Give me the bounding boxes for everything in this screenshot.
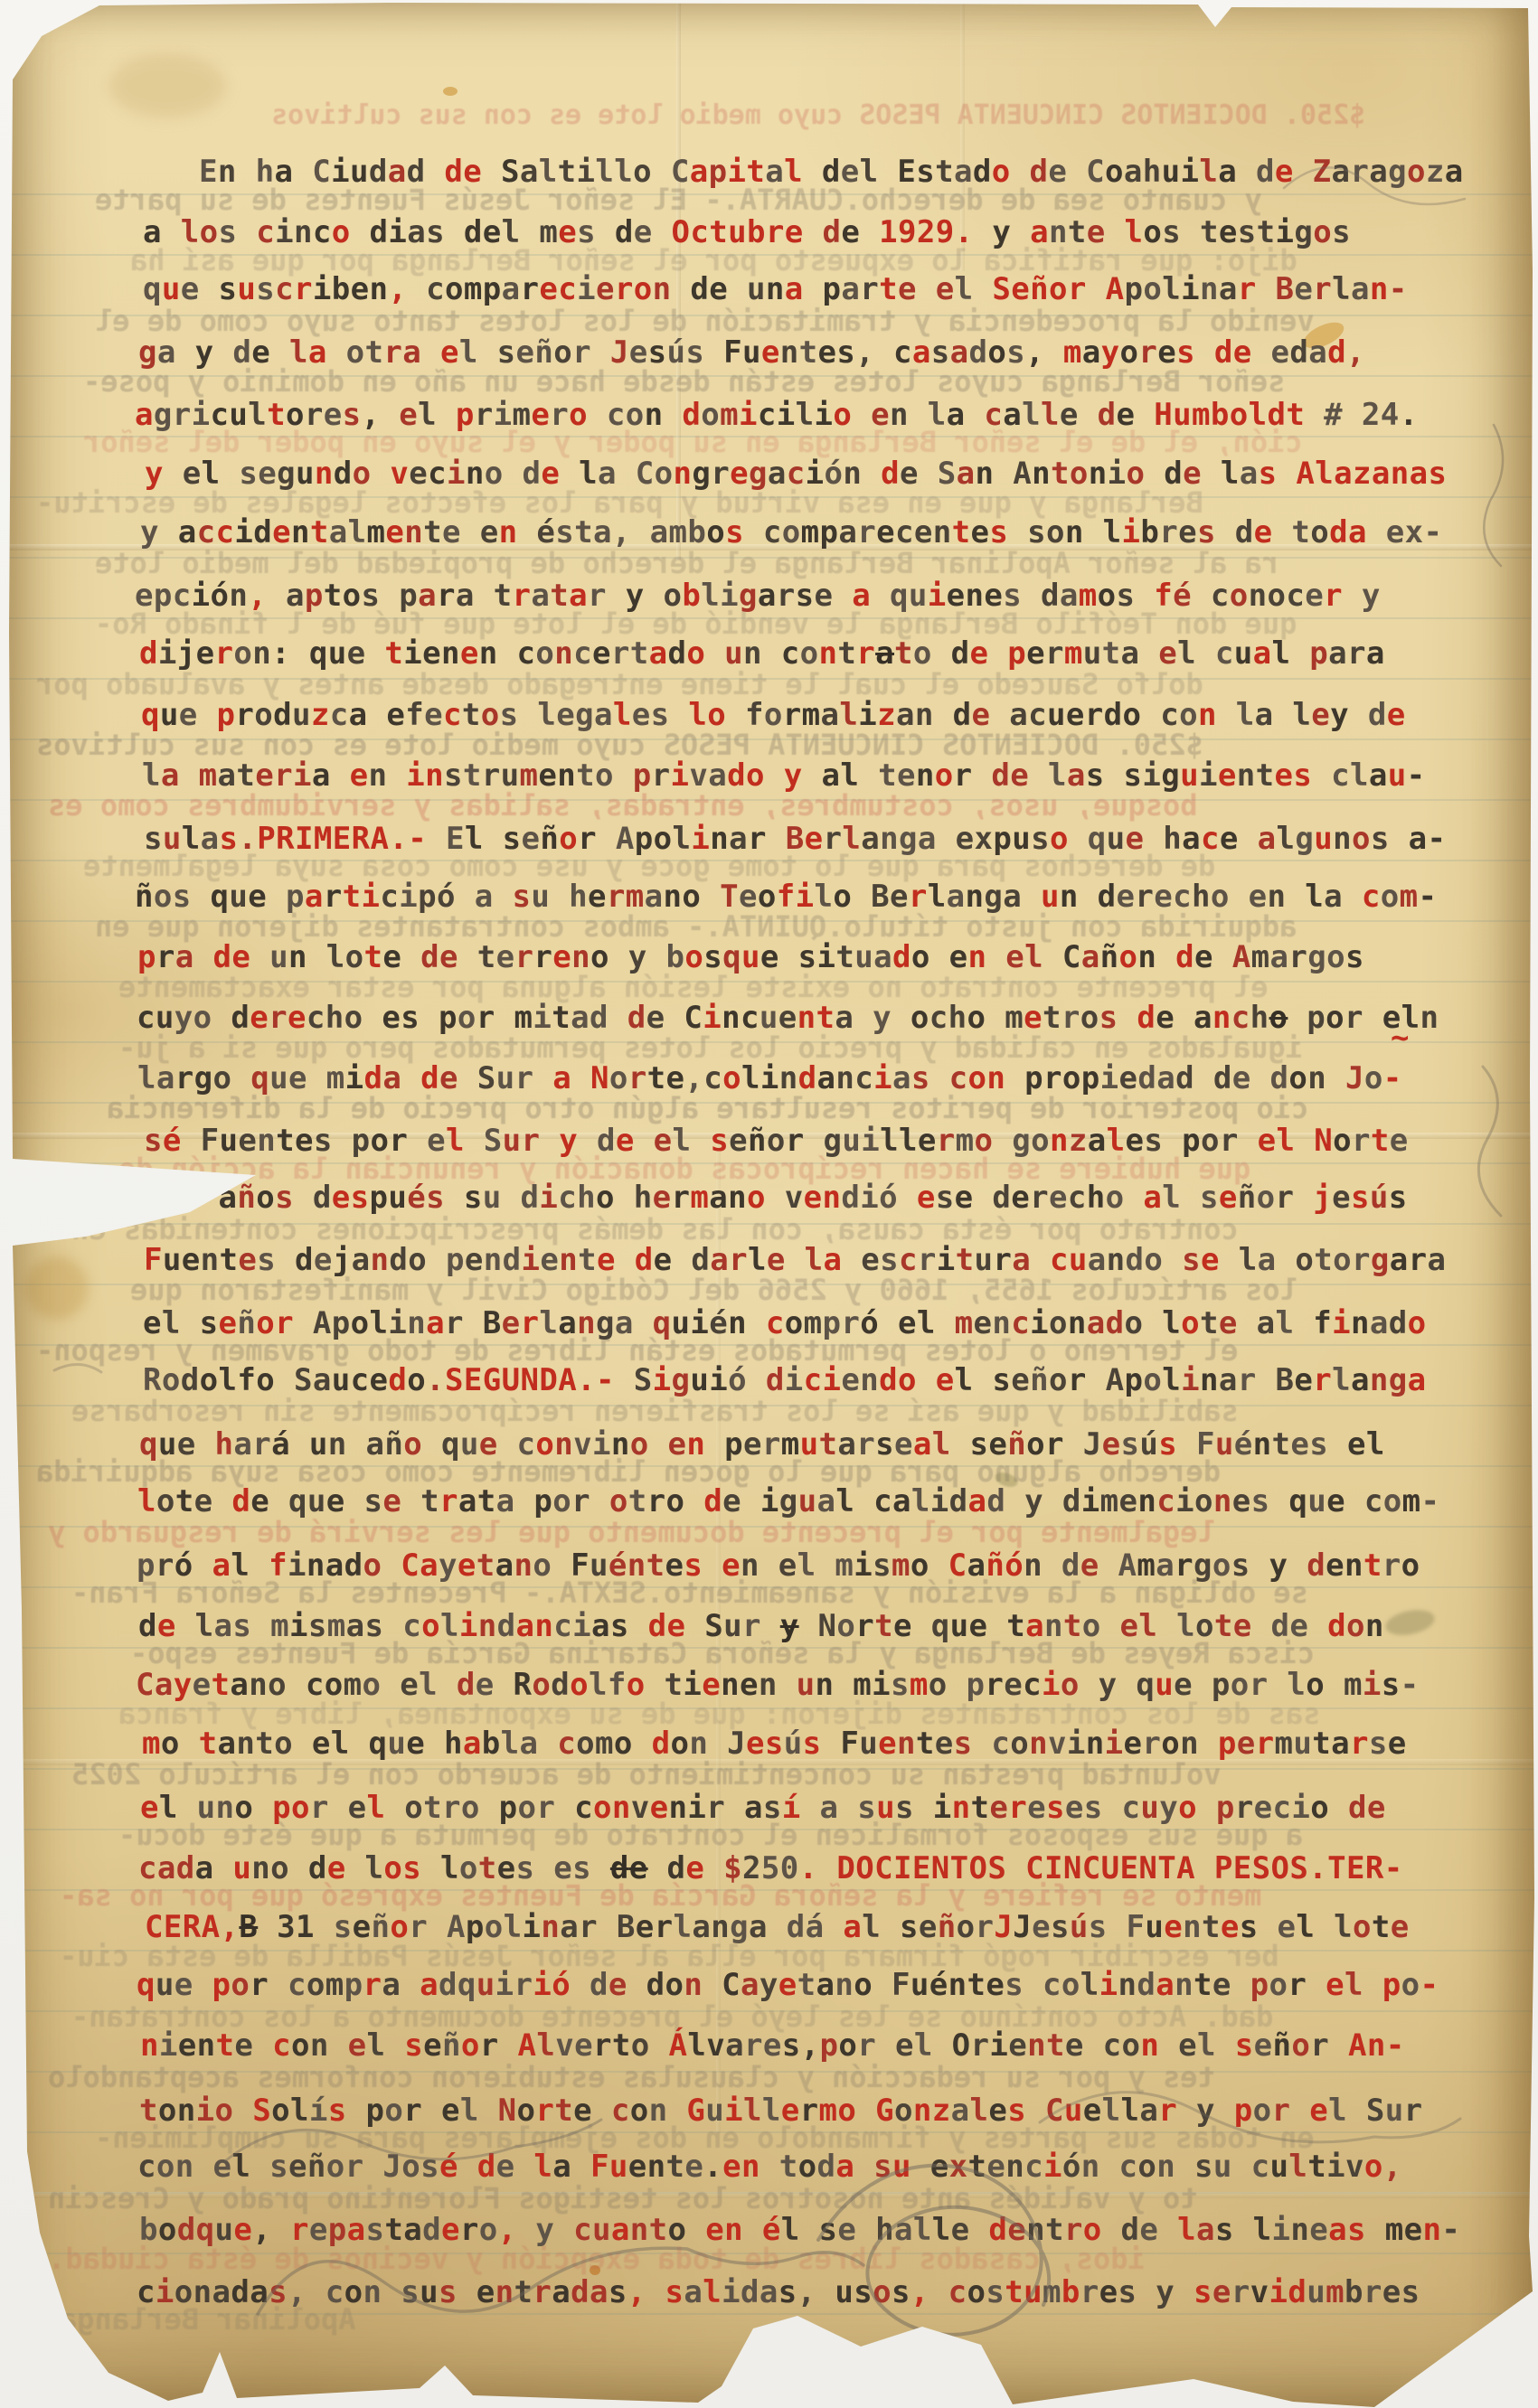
typed-line: sé Fuentes por el Sur y de el señor guil… (144, 1125, 1409, 1156)
typed-line: mo tanto el que habla como don Jesús Fue… (142, 1728, 1407, 1759)
typed-line: lote de que se trata por otro de igual c… (137, 1486, 1439, 1517)
red-tilde-mark: ~ (1391, 1020, 1409, 1056)
typed-line: que produzca efectos legales lo formaliz… (141, 700, 1406, 730)
typed-text-layer: En ha Ciudad de Saltillo Capital del Est… (0, 0, 1538, 2408)
typed-line: ga y de la otra el señor Jesús Fuentes, … (138, 337, 1365, 368)
typed-line: dijeron: que tienen concertado un contra… (139, 638, 1385, 669)
red-ink-mark (3, 36, 17, 77)
typed-line: de las mismas colindancias de Sur y Nort… (138, 1611, 1384, 1641)
typed-line: Cayetano como el de Rodolfo tienen un mi… (136, 1670, 1420, 1700)
typed-line: ños que participó a su hermano Teofilo B… (135, 881, 1437, 912)
typed-line: el uno por el otro por convenir así a su… (140, 1792, 1386, 1823)
typed-line: epción, aptos para tratar y obligarse a … (135, 580, 1381, 611)
typed-line: sulas.PRIMERA.- El señor Apolinar Berlan… (144, 823, 1446, 854)
scanned-document-screen: $250. DOCIENTOS CINCUENTA PESOS cuyo med… (0, 0, 1538, 2408)
typed-line: tonio Solís por el Norte con Guillermo G… (139, 2095, 1423, 2126)
typed-line: que años después su dicho hermano vendió… (143, 1182, 1408, 1213)
red-ink-mark (15, 13, 27, 37)
typed-line: que hará un año que convino en permutars… (139, 1429, 1385, 1460)
typed-line: la materia en instrumento privado y al t… (142, 760, 1426, 791)
typed-line: niente con el señor Alverto Álvares,por … (140, 2030, 1405, 2061)
typed-line: bodque, repastadero, y cuanto en él se h… (139, 2215, 1460, 2245)
typed-line: cuyo derecho es por mitad de Cincuenta y… (137, 1002, 1439, 1033)
typed-line: cada uno de los lotes es de de $250. DOC… (138, 1853, 1403, 1884)
typed-line: el señor Apolinar Berlanga quién compró … (143, 1308, 1427, 1339)
typed-line: Rodolfo Saucedo.SEGUNDA.- Siguió diciend… (143, 1365, 1427, 1396)
typed-line: que por compra adquirió de don Cayetano … (137, 1970, 1439, 2000)
typed-line: con el señor José de la Fuente.en toda s… (137, 2151, 1402, 2182)
typed-line: Fuentes dejando pendiente de darle la es… (144, 1245, 1446, 1275)
typed-line: y accidentalmente en ésta, ambos compare… (140, 517, 1442, 548)
typed-line: pra de un lote de terreno y bosque situa… (137, 942, 1364, 973)
typed-line: que suscriben, comparecieron de una part… (143, 274, 1408, 305)
typed-line: En ha Ciudad de Saltillo Capital del Est… (199, 156, 1464, 187)
typed-line: CERA,B 31 señor Apolinar Berlanga dá al … (145, 1912, 1410, 1942)
typed-line: y el segundo vecino de la Congregación d… (145, 458, 1447, 489)
typed-line: agricultores, el primero con domicilio e… (135, 400, 1419, 430)
typed-line: largo que mida de Sur a Norte,colindanci… (137, 1063, 1402, 1094)
paper-sheet: $250. DOCIENTOS CINCUENTA PESOS cuyo med… (0, 0, 1538, 2408)
typed-line: cionadas, con sus entradas, salidas, uso… (137, 2277, 1420, 2308)
typed-line: a los cinco dias del mes de Octubre de 1… (143, 217, 1351, 248)
typed-line: pró al finado Cayetano Fuéntes en el mis… (137, 1550, 1420, 1581)
